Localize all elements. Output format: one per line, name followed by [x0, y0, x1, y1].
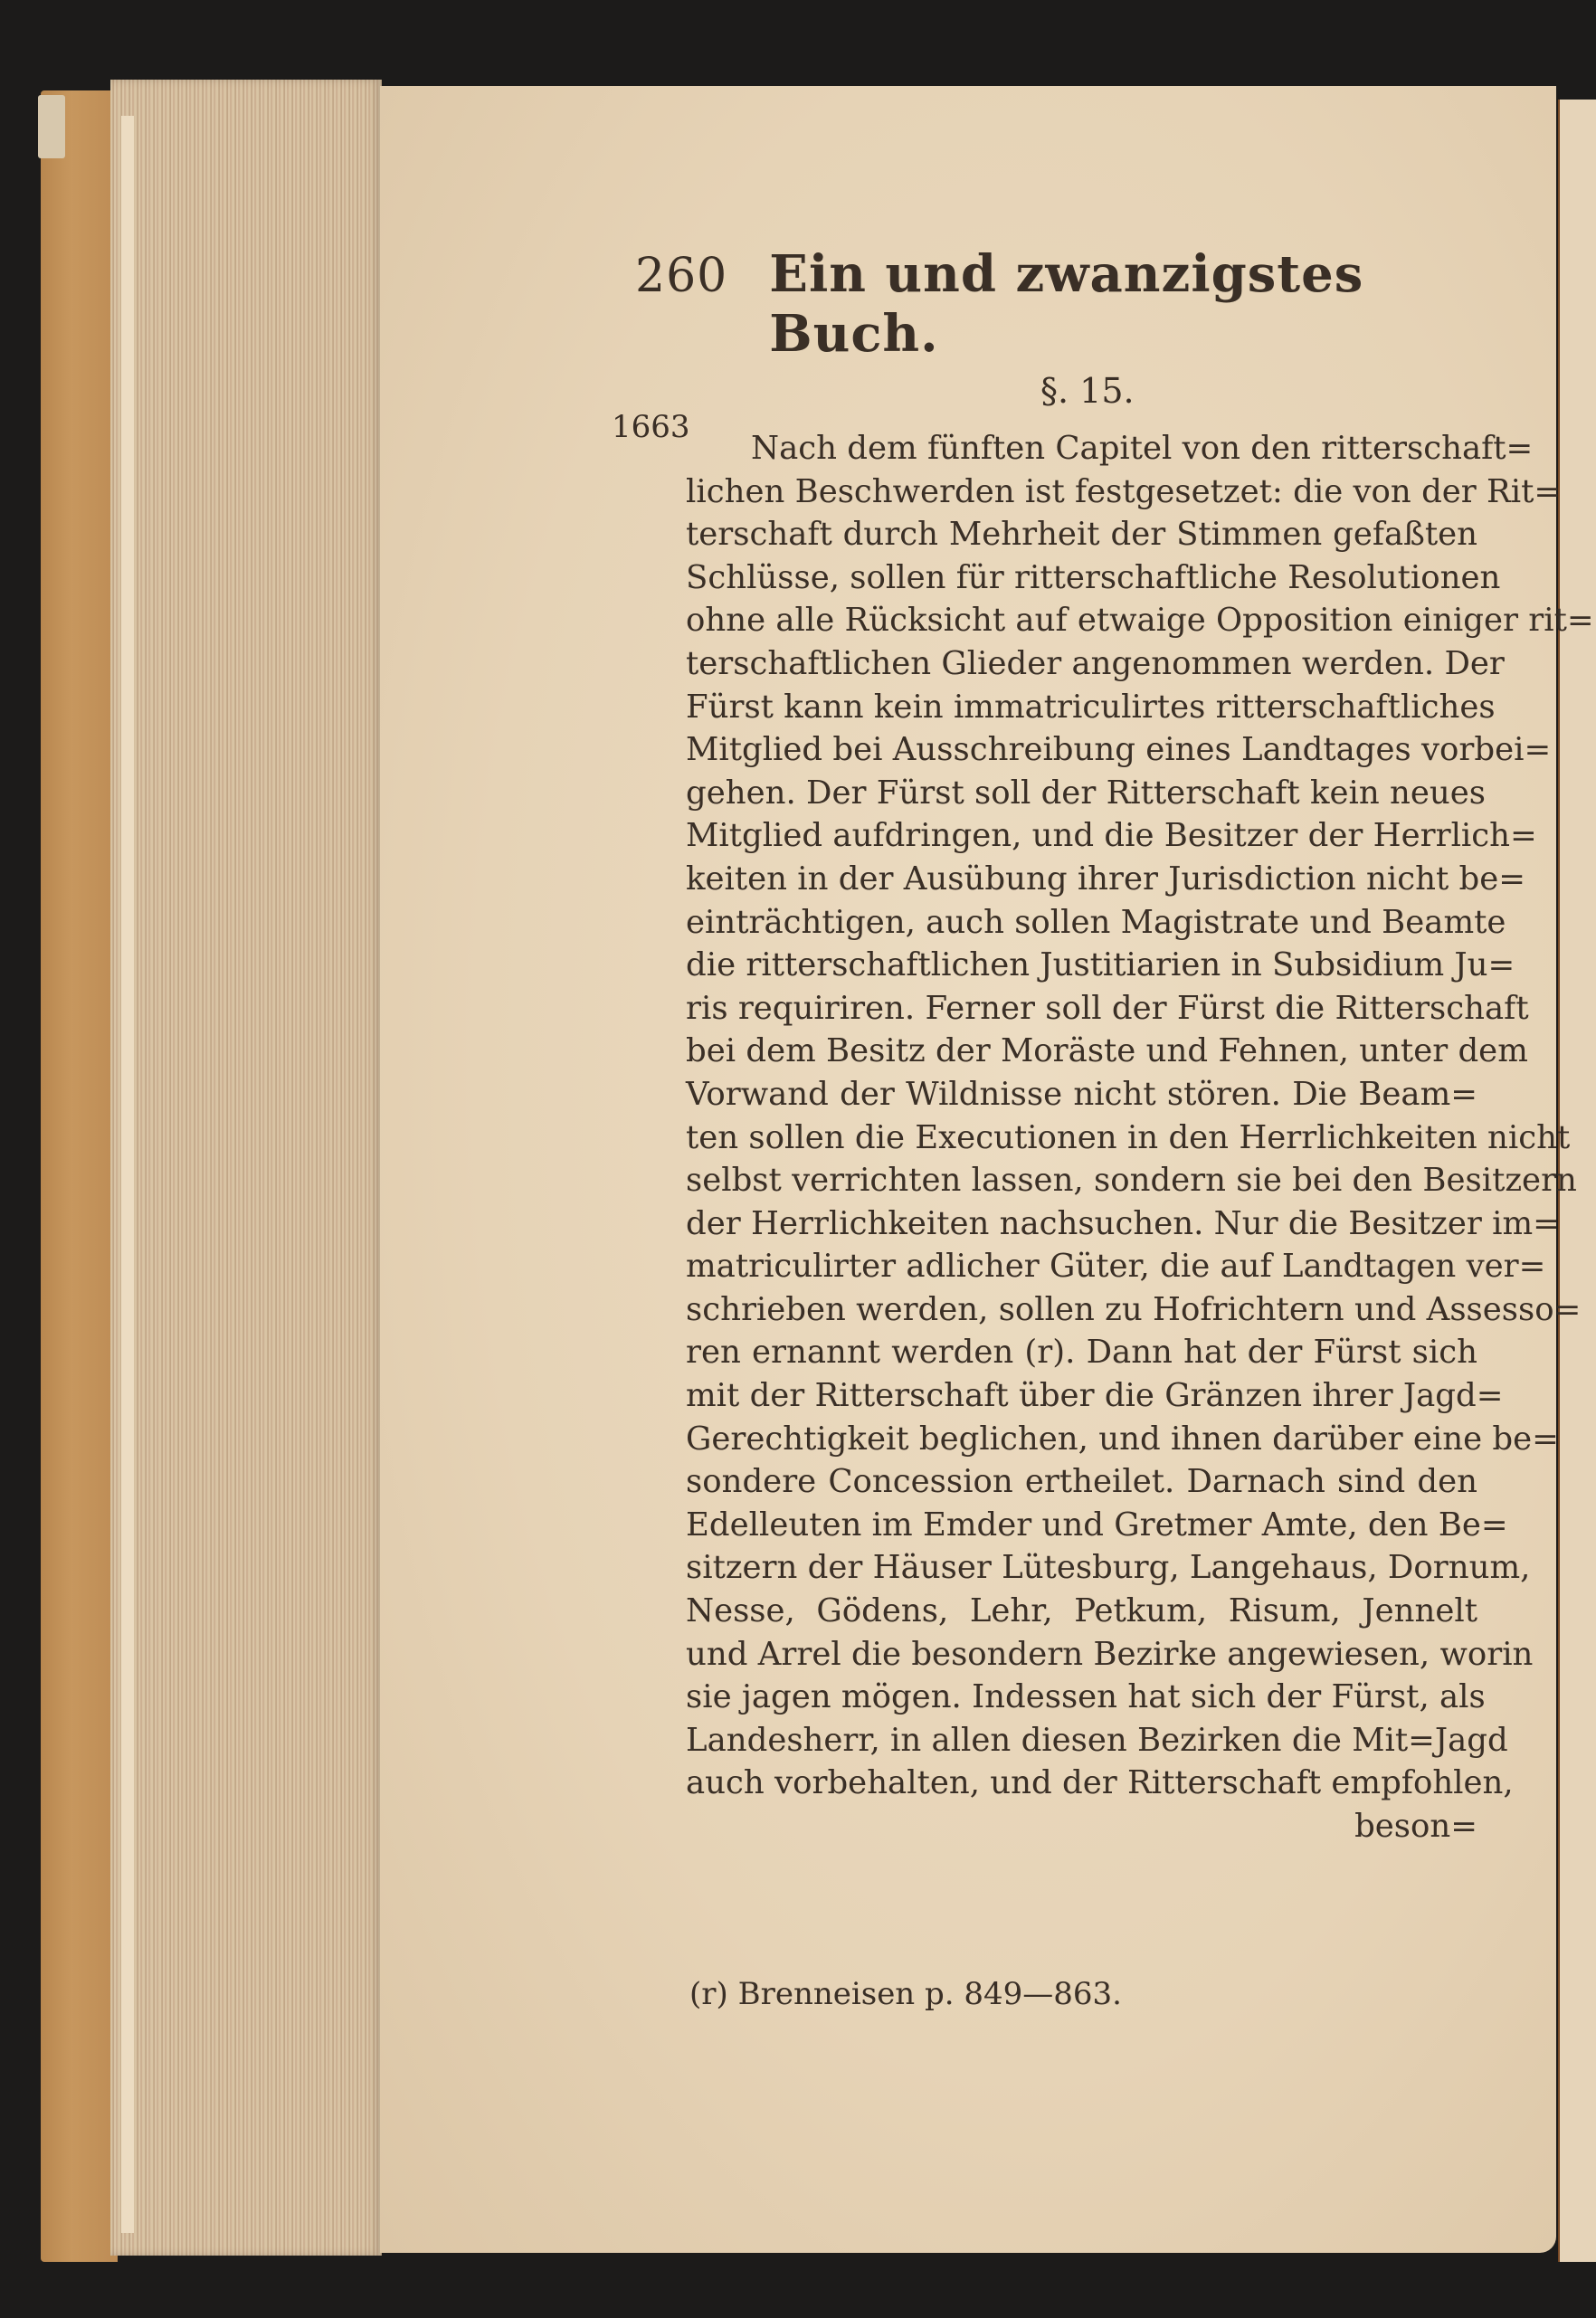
text-line: ris requiriren. Ferner soll der Fürst di…: [686, 987, 1477, 1031]
text-line: Landesherr, in allen diesen Bezirken die…: [686, 1719, 1477, 1762]
text-line: ohne alle Rücksicht auf etwaige Oppositi…: [686, 599, 1477, 642]
page-number: 260: [635, 249, 727, 303]
text-line: Vorwand der Wildnisse nicht stören. Die …: [686, 1073, 1477, 1116]
text-line: und Arrel die besondern Bezirke angewies…: [686, 1633, 1477, 1677]
text-line: selbst verrichten lassen, sondern sie be…: [686, 1159, 1477, 1202]
text-line: Nach dem fünften Capitel von den ritters…: [686, 427, 1477, 470]
text-line: sie jagen mögen. Indessen hat sich der F…: [686, 1676, 1477, 1719]
text-line: Schlüsse, sollen für ritterschaftliche R…: [686, 556, 1477, 600]
footnote: (r) Brenneisen p. 849—863.: [689, 1976, 1122, 2012]
text-line: matriculirter adlicher Güter, die auf La…: [686, 1245, 1477, 1288]
text-line: keiten in der Ausübung ihrer Jurisdictio…: [686, 858, 1477, 901]
text-line: ren ernannt werden (r). Dann hat der Für…: [686, 1331, 1477, 1374]
text-line: ten sollen die Executionen in den Herrli…: [686, 1116, 1477, 1160]
page-stack-edges: [110, 80, 382, 2256]
text-line: mit der Ritterschaft über die Gränzen ih…: [686, 1374, 1477, 1418]
text-line: einträchtigen, auch sollen Magistrate un…: [686, 901, 1477, 945]
text-line: gehen. Der Fürst soll der Ritterschaft k…: [686, 772, 1477, 815]
text-line: lichen Beschwerden ist festgesetzet: die…: [686, 470, 1477, 514]
book-cover-edge: [41, 90, 118, 2262]
text-line: Nesse, Gödens, Lehr, Petkum, Risum, Jenn…: [686, 1590, 1477, 1633]
text-line: Edelleuten im Emder und Gretmer Amte, de…: [686, 1504, 1477, 1547]
text-line: Mitglied aufdringen, und die Besitzer de…: [686, 814, 1477, 858]
text-line: terschaftlichen Glieder angenommen werde…: [686, 642, 1477, 686]
text-line: bei dem Besitz der Moräste und Fehnen, u…: [686, 1030, 1477, 1073]
text-line: Mitglied bei Ausschreibung eines Landtag…: [686, 728, 1477, 772]
text-line: Fürst kann kein immatriculirtes rittersc…: [686, 686, 1477, 729]
text-line: der Herrlichkeiten nachsuchen. Nur die B…: [686, 1202, 1477, 1246]
flyleaf-strip: [121, 116, 134, 2233]
text-line: sondere Concession ertheilet. Darnach si…: [686, 1460, 1477, 1504]
book-title: Ein und zwanzigstes Buch.: [769, 244, 1540, 364]
text-line: Gerechtigkeit beglichen, und ihnen darüb…: [686, 1418, 1477, 1461]
text-line: terschaft durch Mehrheit der Stimmen gef…: [686, 513, 1477, 556]
text-line: sitzern der Häuser Lütesburg, Langehaus,…: [686, 1546, 1477, 1590]
catchword: beson=: [686, 1805, 1477, 1848]
text-line: schrieben werden, sollen zu Hofrichtern …: [686, 1288, 1477, 1332]
text-line: auch vorbehalten, und der Ritterschaft e…: [686, 1762, 1477, 1805]
running-head: 260 Ein und zwanzigstes Buch.: [635, 244, 1540, 364]
body-text: Nach dem fünften Capitel von den ritters…: [686, 427, 1477, 1848]
margin-note-year: 1663: [612, 409, 690, 445]
section-heading: §. 15.: [1040, 371, 1135, 411]
text-line: die ritterschaftlichen Justitiarien in S…: [686, 944, 1477, 987]
torn-cover-corner: [38, 95, 65, 158]
